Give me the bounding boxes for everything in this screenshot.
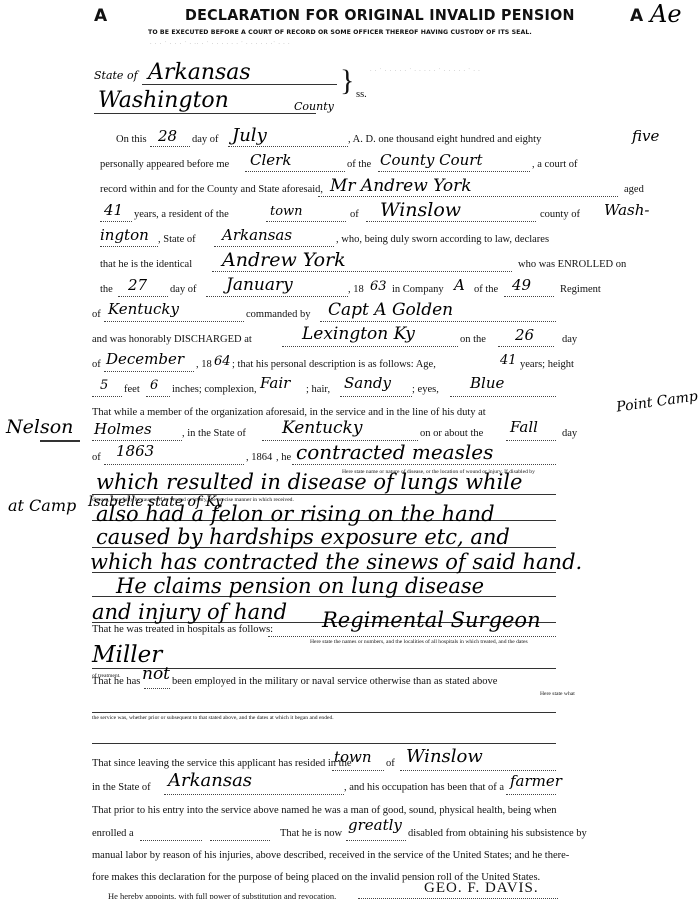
occupation-field: farmer bbox=[510, 772, 562, 790]
employment-instruction-2: the service was, whether prior or subseq… bbox=[92, 715, 334, 721]
year-field: five bbox=[632, 127, 659, 145]
enroll-day-of-label: day of bbox=[170, 284, 197, 295]
occupation-label: , and his occupation has been that of a bbox=[344, 782, 504, 793]
print-artifact: · · · ˙ · · · ˙ · ·· · ˙ · · · · · · ˙ ·… bbox=[150, 42, 291, 47]
residence-state-field: Arkansas bbox=[168, 770, 252, 791]
description-label: ; that his personal description is as fo… bbox=[232, 359, 436, 370]
feet-label: feet bbox=[124, 384, 140, 395]
since-leaving-label: That since leaving the service this appl… bbox=[92, 758, 352, 769]
discharge-year-field: 64 bbox=[214, 354, 231, 369]
residence-type-field: town bbox=[270, 204, 303, 219]
month-field: July bbox=[232, 125, 267, 146]
of-label: of bbox=[350, 209, 359, 220]
day-field: 28 bbox=[158, 127, 177, 145]
court-of-label: , a court of bbox=[532, 159, 577, 170]
form-letter-left: A bbox=[94, 6, 107, 26]
enrolled-a-label: enrolled a bbox=[92, 828, 134, 839]
incurred-field: contracted measles bbox=[296, 440, 493, 464]
desc-age-field: 41 bbox=[500, 353, 517, 368]
ad-text: , A. D. one thousand eight hundred and e… bbox=[348, 134, 541, 145]
discharge-day-field: 26 bbox=[515, 326, 534, 344]
narrative-line-7: and injury of hand bbox=[92, 600, 287, 624]
venue-state-field: Arkansas bbox=[148, 60, 251, 85]
the-label: the bbox=[100, 284, 113, 295]
while-text: That while a member of the organization … bbox=[92, 407, 486, 418]
document-subtitle: TO BE EXECUTED BEFORE A COURT OF RECORD … bbox=[148, 29, 532, 36]
company-label: in Company bbox=[392, 284, 444, 295]
employment-label-post: been employed in the military or naval s… bbox=[172, 676, 497, 687]
hospital-label: That he was treated in hospitals as foll… bbox=[92, 624, 273, 635]
regiment-number-field: 49 bbox=[512, 276, 531, 294]
employment-instruction-1: Here state what bbox=[540, 691, 575, 697]
state-of-label: , State of bbox=[158, 234, 196, 245]
margin-note-nelson: Nelson bbox=[6, 416, 73, 438]
years-height-label: years; height bbox=[520, 359, 574, 370]
of-label-3: of bbox=[92, 359, 101, 370]
hair-field: Sandy bbox=[344, 374, 391, 392]
eyes-field: Blue bbox=[470, 374, 504, 392]
regiment-state-field: Kentucky bbox=[108, 300, 179, 318]
narrative-line-3: also had a felon or rising on the hand bbox=[96, 502, 495, 526]
on-the-label: on the bbox=[460, 334, 486, 345]
identical-label: that he is the identical bbox=[100, 259, 192, 270]
incident-place-field: Point Camp bbox=[615, 388, 699, 415]
incident-state-field: Kentucky bbox=[282, 418, 362, 438]
county-field-part2: ington bbox=[100, 226, 149, 244]
complexion-field: Fair bbox=[260, 374, 290, 392]
employment-label-pre: That he has bbox=[92, 676, 140, 687]
venue-county-field: Washington bbox=[98, 88, 229, 113]
in-state-label: , in the State of bbox=[182, 428, 246, 439]
identical-name-field: Andrew York bbox=[222, 249, 346, 271]
incident-place-field-2: Holmes bbox=[94, 420, 152, 438]
county-of-label: county of bbox=[540, 209, 580, 220]
county-label: County bbox=[294, 100, 334, 113]
incident-day-field: Fall bbox=[510, 418, 538, 436]
enroll-year-prefix: , 18 bbox=[348, 284, 364, 295]
of-label-2: of bbox=[92, 309, 101, 320]
residence-state-label: in the State of bbox=[92, 782, 151, 793]
hospital-instruction: Here state the names or numbers, and the… bbox=[310, 639, 528, 645]
of-the-label: of the bbox=[347, 159, 371, 170]
enrolled-label: who was ENROLLED on bbox=[518, 259, 626, 270]
court-field: County Court bbox=[380, 151, 482, 169]
now-label: That he is now bbox=[280, 828, 342, 839]
company-field: A bbox=[454, 276, 465, 294]
residence-town-field: Winslow bbox=[406, 746, 483, 767]
he-label: , he bbox=[276, 452, 291, 463]
attorney-name: GEO. F. DAVIS. bbox=[424, 880, 539, 897]
manual-labor-text: manual labor by reason of his injuries, … bbox=[92, 850, 569, 861]
state-label: State of bbox=[94, 69, 138, 82]
on-this-label: On this bbox=[116, 134, 147, 145]
hair-label: ; hair, bbox=[306, 384, 330, 395]
commander-field: Capt A Golden bbox=[328, 300, 453, 320]
enroll-day-field: 27 bbox=[128, 276, 147, 294]
employment-field: not bbox=[142, 664, 170, 684]
of-the-label-2: of the bbox=[474, 284, 498, 295]
appoints-text: He hereby appoints, with full power of s… bbox=[108, 891, 336, 899]
hospital-field: Regimental Surgeon bbox=[322, 608, 541, 632]
residence-type-field-2: town bbox=[334, 748, 372, 766]
commanded-label: commanded by bbox=[246, 309, 310, 320]
on-or-about-label: on or about the bbox=[420, 428, 483, 439]
narrative-line-1: which resulted in disease of lungs while bbox=[96, 470, 522, 494]
print-artifact: · · ˙ · · · · · ˙ · · · · · ˙ · · · · · … bbox=[370, 69, 481, 74]
record-label: record within and for the County and Sta… bbox=[100, 184, 323, 195]
narrative-line-5: which has contracted the sinews of said … bbox=[90, 550, 582, 574]
of-label-5: of bbox=[386, 758, 395, 769]
discharge-month-field: December bbox=[106, 350, 184, 368]
sworn-text: , who, being duly sworn according to law… bbox=[336, 234, 549, 245]
enroll-month-field: January bbox=[226, 275, 293, 295]
feet-field: 5 bbox=[100, 378, 108, 393]
enroll-year-field: 63 bbox=[370, 279, 387, 294]
of-label-4: of bbox=[92, 452, 101, 463]
discharge-place-field: Lexington Ky bbox=[302, 324, 415, 344]
document-title: DECLARATION FOR ORIGINAL INVALID PENSION bbox=[185, 6, 575, 24]
narrative-line-6: He claims pension on lung disease bbox=[116, 574, 484, 598]
claimant-field: Mr Andrew York bbox=[330, 176, 472, 196]
state-field: Arkansas bbox=[222, 226, 292, 244]
day-label: day bbox=[562, 334, 577, 345]
eyes-label: ; eyes, bbox=[412, 384, 439, 395]
incident-month-field: 1863 bbox=[116, 442, 154, 460]
discharged-label: and was honorably DISCHARGED at bbox=[92, 334, 252, 345]
margin-note-at-camp: at Camp bbox=[8, 496, 76, 515]
prior-health-text: That prior to his entry into the service… bbox=[92, 805, 557, 816]
appeared-label: personally appeared before me bbox=[100, 159, 229, 170]
age-field: 41 bbox=[104, 201, 123, 219]
aged-label: aged bbox=[624, 184, 644, 195]
incident-day-label: day bbox=[562, 428, 577, 439]
disabled-text: disabled from obtaining his subsistence … bbox=[408, 828, 587, 839]
incident-year-text: , 1864 bbox=[246, 452, 272, 463]
regiment-label: Regiment bbox=[560, 284, 601, 295]
form-letter-right: A bbox=[630, 6, 643, 26]
disabled-degree-field: greatly bbox=[348, 816, 402, 834]
inches-field: 6 bbox=[150, 378, 158, 393]
brace: } bbox=[340, 64, 354, 98]
resident-label: years, a resident of the bbox=[134, 209, 229, 220]
county-field-part1: Wash- bbox=[604, 201, 649, 219]
ss-label: ss. bbox=[356, 89, 367, 100]
day-of-label: day of bbox=[192, 134, 219, 145]
discharge-year-prefix: , 18 bbox=[196, 359, 212, 370]
officer-field: Clerk bbox=[250, 151, 291, 169]
corner-handwritten-mark: Ae bbox=[650, 0, 682, 28]
town-field: Winslow bbox=[380, 199, 461, 221]
narrative-line-4: caused by hardships exposure etc, and bbox=[96, 525, 510, 549]
inches-label: inches; complexion, bbox=[172, 384, 257, 395]
